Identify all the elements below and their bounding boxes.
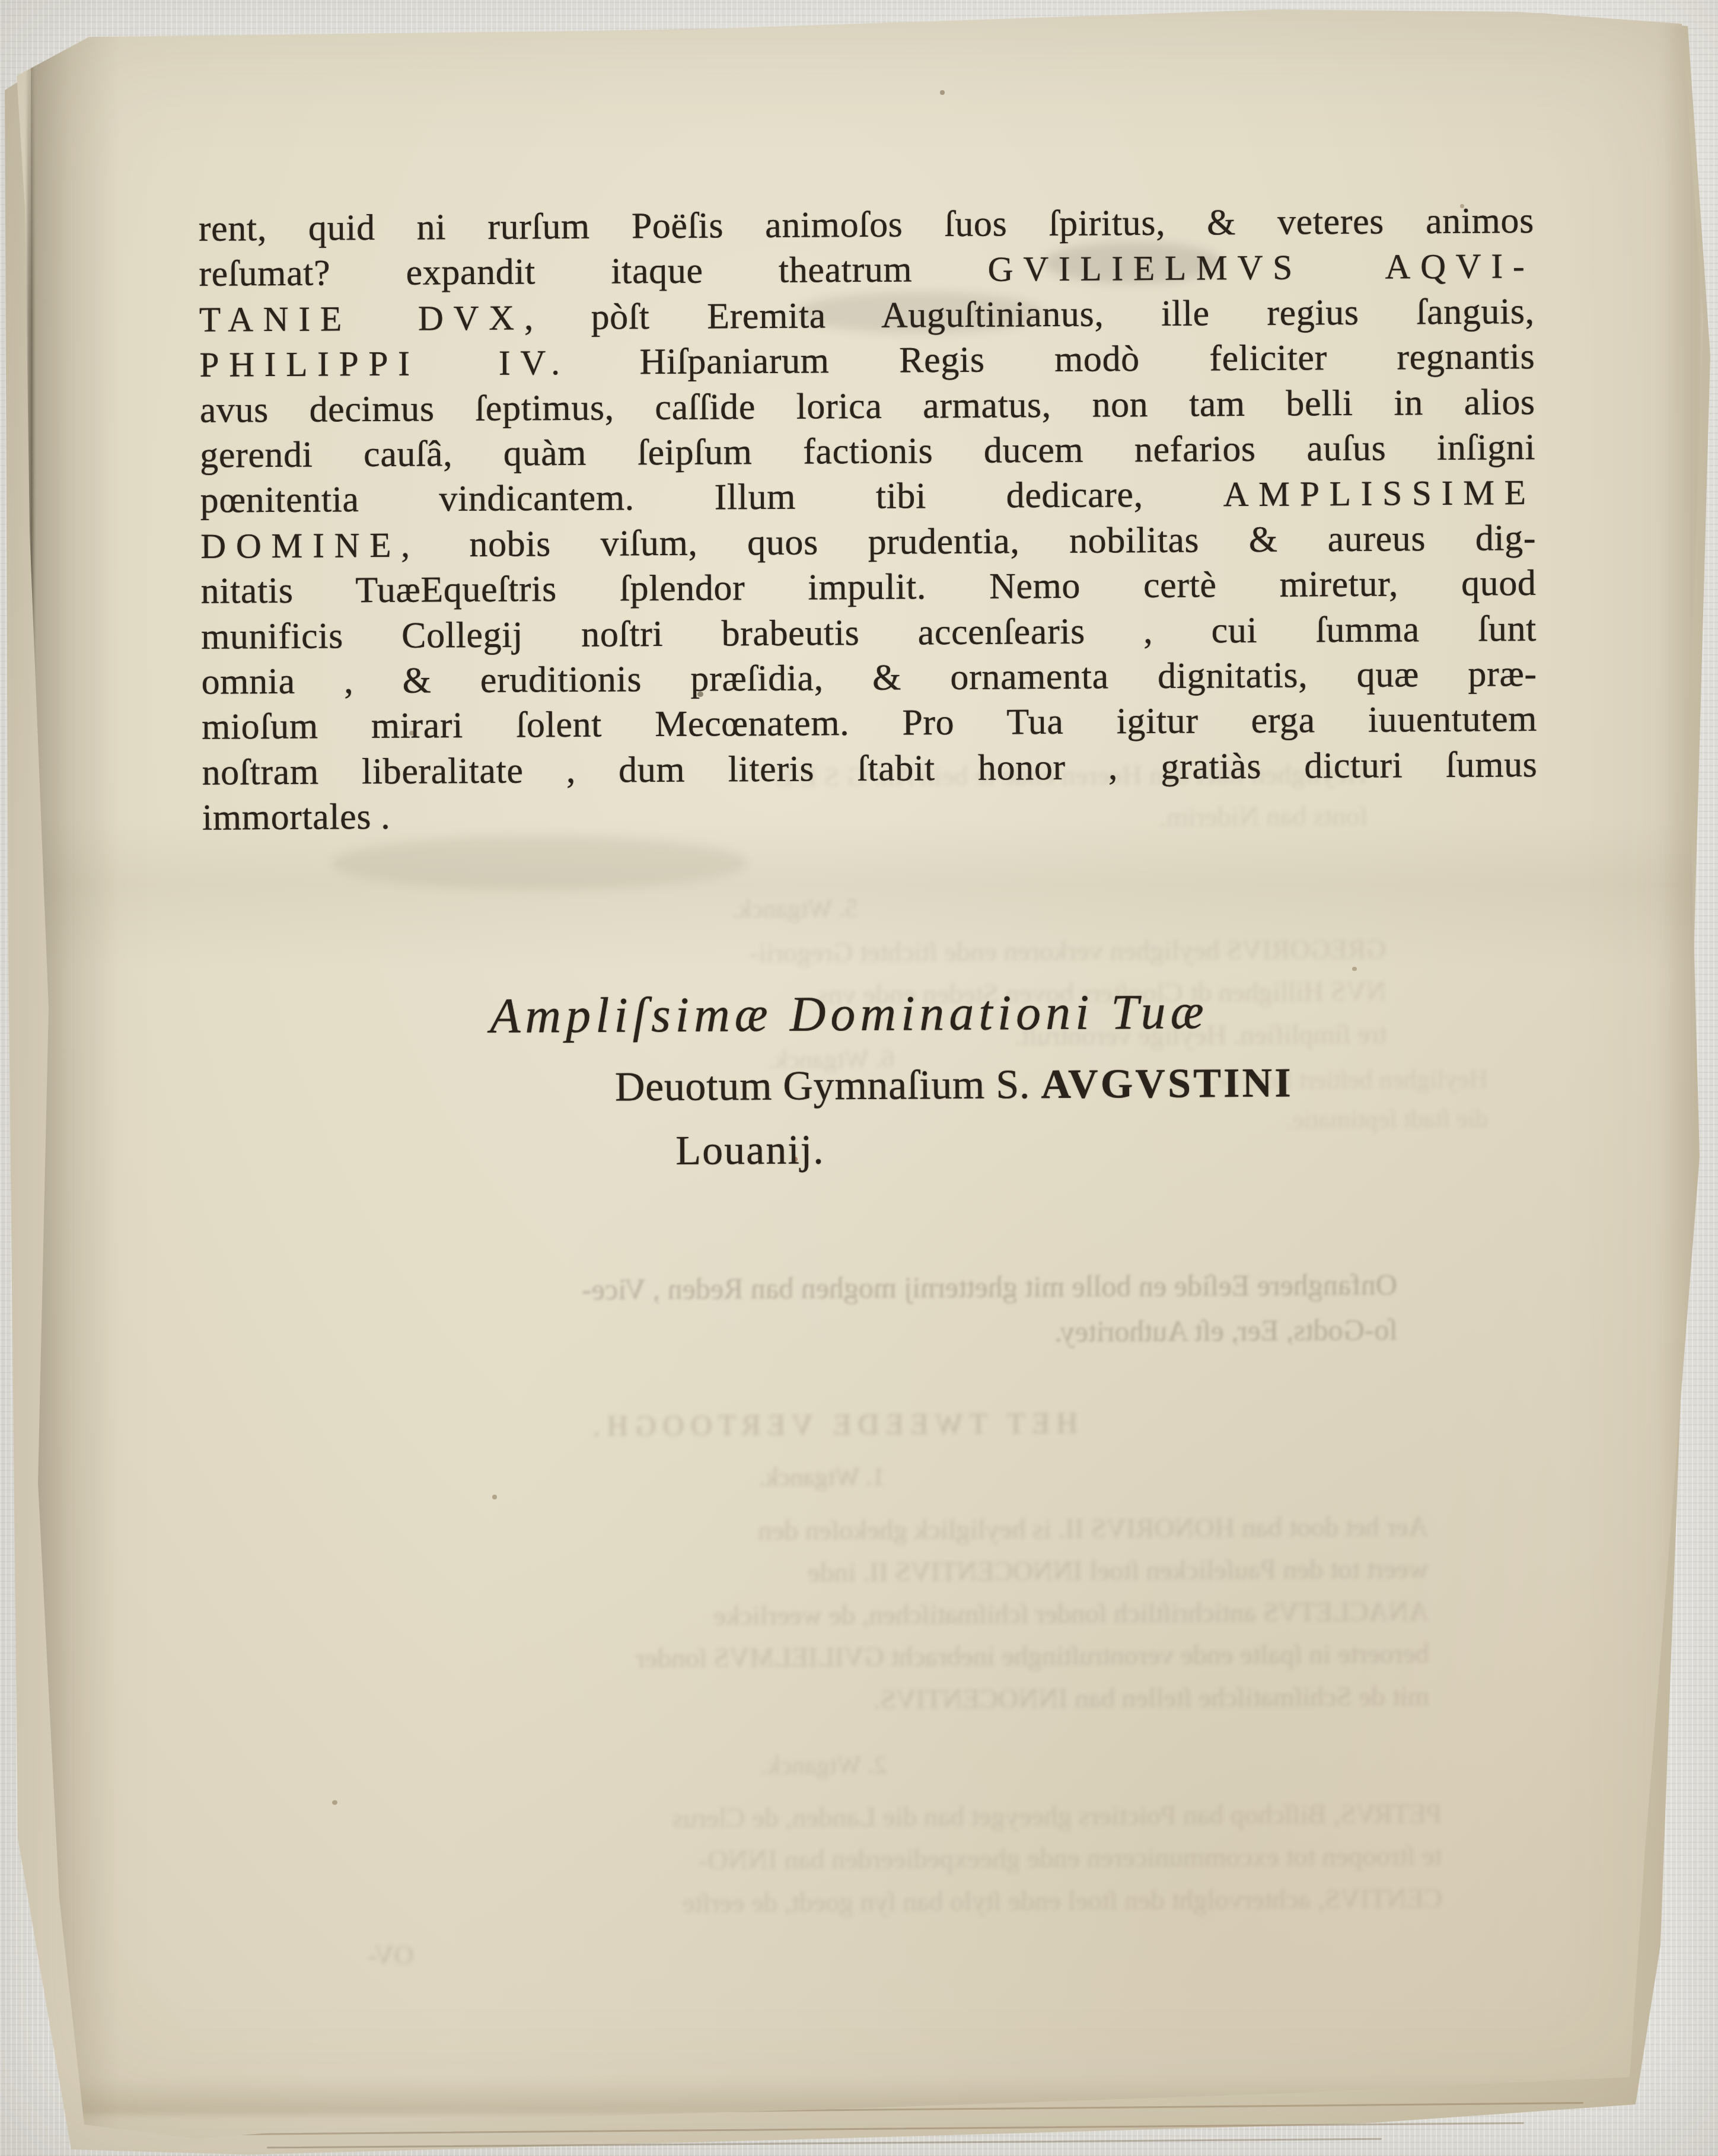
paragraph-line: mioſum mirari ſolent Mecœnatem. Pro Tua … bbox=[202, 696, 1537, 750]
bleedthrough-line: OV- bbox=[235, 1935, 413, 1977]
text-segment: DOMINE, bbox=[200, 525, 420, 565]
paragraph-line: avus decimus ſeptimus, caſſide lorica ar… bbox=[200, 380, 1535, 433]
text-segment: mioſum mirari ſolent Mecœnatem. Pro Tua … bbox=[202, 699, 1537, 747]
paragraph-line: omnia , & eruditionis præſidia, & orname… bbox=[201, 651, 1537, 705]
text-segment: reſumat? expandit itaque theatrum bbox=[199, 249, 988, 294]
bleedthrough-line: Aer het doot ban HONORIVS II. is heyligl… bbox=[206, 1506, 1428, 1556]
paragraph-line: reſumat? expandit itaque theatrum GVILIE… bbox=[199, 243, 1534, 297]
text-segment: GVILIELMVS AQVI- bbox=[987, 246, 1534, 289]
paragraph-line: PHILIPPI IV. Hiſpaniarum Regis modò feli… bbox=[199, 334, 1535, 387]
bleedthrough-line: GREGORIVS heylighen verkoren ende ſticht… bbox=[206, 929, 1386, 979]
signature-line-2: Louanij. bbox=[675, 1126, 825, 1175]
paragraph-line: pœnitentia vindicantem. Illum tibi dedic… bbox=[200, 470, 1535, 523]
text-segment: rent, quid ni rurſum Poëſis animoſos ſuo… bbox=[199, 200, 1534, 249]
text-segment: , pòſt Eremita Auguſtinianus, ille regiu… bbox=[524, 291, 1535, 337]
salutation-line: Ampliſsimæ Dominationi Tuæ bbox=[490, 983, 1209, 1044]
bleedthrough-text: 1. Wtganck. bbox=[636, 1457, 885, 1498]
text-segment: nobis viſum, quos prudentia, nobilitas &… bbox=[420, 518, 1537, 565]
text-segment: TANIE DVX bbox=[199, 298, 524, 339]
text-segment: Deuotum Gymnaſium S. bbox=[615, 1062, 1041, 1110]
bleedthrough-line: mit de Schiſmatiſche ſtellen ban INNOCEN… bbox=[208, 1676, 1429, 1725]
paragraph-line: immortales . bbox=[202, 787, 1538, 840]
dedication-paragraph: rent, quid ni rurſum Poëſis animoſos ſuo… bbox=[199, 198, 1538, 840]
bleedthrough-line: ANACLETVS antichriſtlich ſonder ſchiſmat… bbox=[207, 1591, 1429, 1641]
text-segment: nitatis TuæEqueſtris ſplendor impulit. N… bbox=[200, 563, 1536, 612]
paragraph-line: gerendi cauſâ, quàm ſeipſum factionis du… bbox=[200, 425, 1535, 478]
photo-of-book-page: Heylighen ſtaet den Heeren ende te bein … bbox=[0, 0, 1718, 2156]
bleedthrough-text: 2. Wtganck. bbox=[638, 1746, 887, 1786]
text-segment: gerendi cauſâ, quàm ſeipſum factionis du… bbox=[200, 427, 1535, 476]
text-segment: noſtram liberalitate , dum literis ſtabi… bbox=[202, 744, 1537, 793]
bleedthrough-text: Onfanghere Eeſide en bolle mit ghetterni… bbox=[205, 1262, 1398, 1359]
bleedthrough-text: HET TWEEDE VERTOOGH. bbox=[508, 1400, 1078, 1449]
text-segment: immortales . bbox=[202, 797, 391, 838]
book-page: Heylighen ſtaet den Heeren ende te bein … bbox=[0, 0, 1718, 2156]
text-segment: AVGVSTINI bbox=[1041, 1061, 1293, 1108]
bleedthrough-line: 5. Wtganck. bbox=[621, 889, 858, 930]
bleedthrough-line: beroerte in ſpalte ende verontruſtinghe … bbox=[207, 1633, 1429, 1683]
text-segment: AMPLISSIME bbox=[1223, 473, 1536, 514]
bleedthrough-line: Onfanghere Eeſide en bolle mit ghetterni… bbox=[205, 1262, 1397, 1314]
bleedthrough-line: 2. Wtganck. bbox=[638, 1746, 887, 1786]
paragraph-line: rent, quid ni rurſum Poëſis animoſos ſuo… bbox=[199, 198, 1534, 251]
text-segment: pœnitentia vindicantem. Illum tibi dedic… bbox=[200, 474, 1223, 521]
paragraph-line: noſtram liberalitate , dum literis ſtabi… bbox=[202, 742, 1537, 795]
bleedthrough-line: 1. Wtganck. bbox=[636, 1457, 885, 1498]
bleedthrough-line: weert tot den Pauſelicken ſtoel INNOCENT… bbox=[207, 1549, 1429, 1598]
bleedthrough-text: Aer het doot ban HONORIVS II. is heyligl… bbox=[206, 1506, 1429, 1725]
text-segment: omnia , & eruditionis præſidia, & orname… bbox=[201, 654, 1537, 702]
bleedthrough-line: ſo-Godts, Eer, eſt Authoritey. bbox=[205, 1307, 1397, 1359]
bleedthrough-line: HET TWEEDE VERTOOGH. bbox=[508, 1400, 1078, 1449]
signature-line-1: Deuotum Gymnaſium S. AVGVSTINI bbox=[615, 1060, 1294, 1112]
paragraph-line: DOMINE, nobis viſum, quos prudentia, nob… bbox=[200, 515, 1536, 569]
text-segment: Hiſpaniarum Regis modò feliciter regnant… bbox=[570, 336, 1535, 383]
bleedthrough-line: te ſtroopen tot excommuniceren ende ghee… bbox=[209, 1835, 1442, 1885]
text-segment: PHILIPPI IV. bbox=[199, 343, 570, 384]
paragraph-line: munificis Collegij noſtri brabeutis acce… bbox=[201, 606, 1537, 660]
bleedthrough-line: PETRVS, Biſſchop ban Poictiers gheeyget … bbox=[208, 1793, 1442, 1843]
bleedthrough-text: OV- bbox=[235, 1935, 413, 1977]
text-segment: munificis Collegij noſtri brabeutis acce… bbox=[201, 609, 1537, 657]
printed-content: Heylighen ſtaet den Heeren ende te bein … bbox=[0, 0, 1718, 2156]
bleedthrough-line: CENTIVS, achtervolght den ſtoel ende ſty… bbox=[209, 1878, 1442, 1928]
paragraph-line: nitatis TuæEqueſtris ſplendor impulit. N… bbox=[200, 561, 1536, 614]
text-segment: avus decimus ſeptimus, caſſide lorica ar… bbox=[200, 382, 1535, 431]
paragraph-line: TANIE DVX, pòſt Eremita Auguſtinianus, i… bbox=[199, 289, 1535, 342]
bleedthrough-text: PETRVS, Biſſchop ban Poictiers gheeyget … bbox=[208, 1793, 1442, 1928]
bleedthrough-text: 5. Wtganck. bbox=[621, 889, 858, 930]
